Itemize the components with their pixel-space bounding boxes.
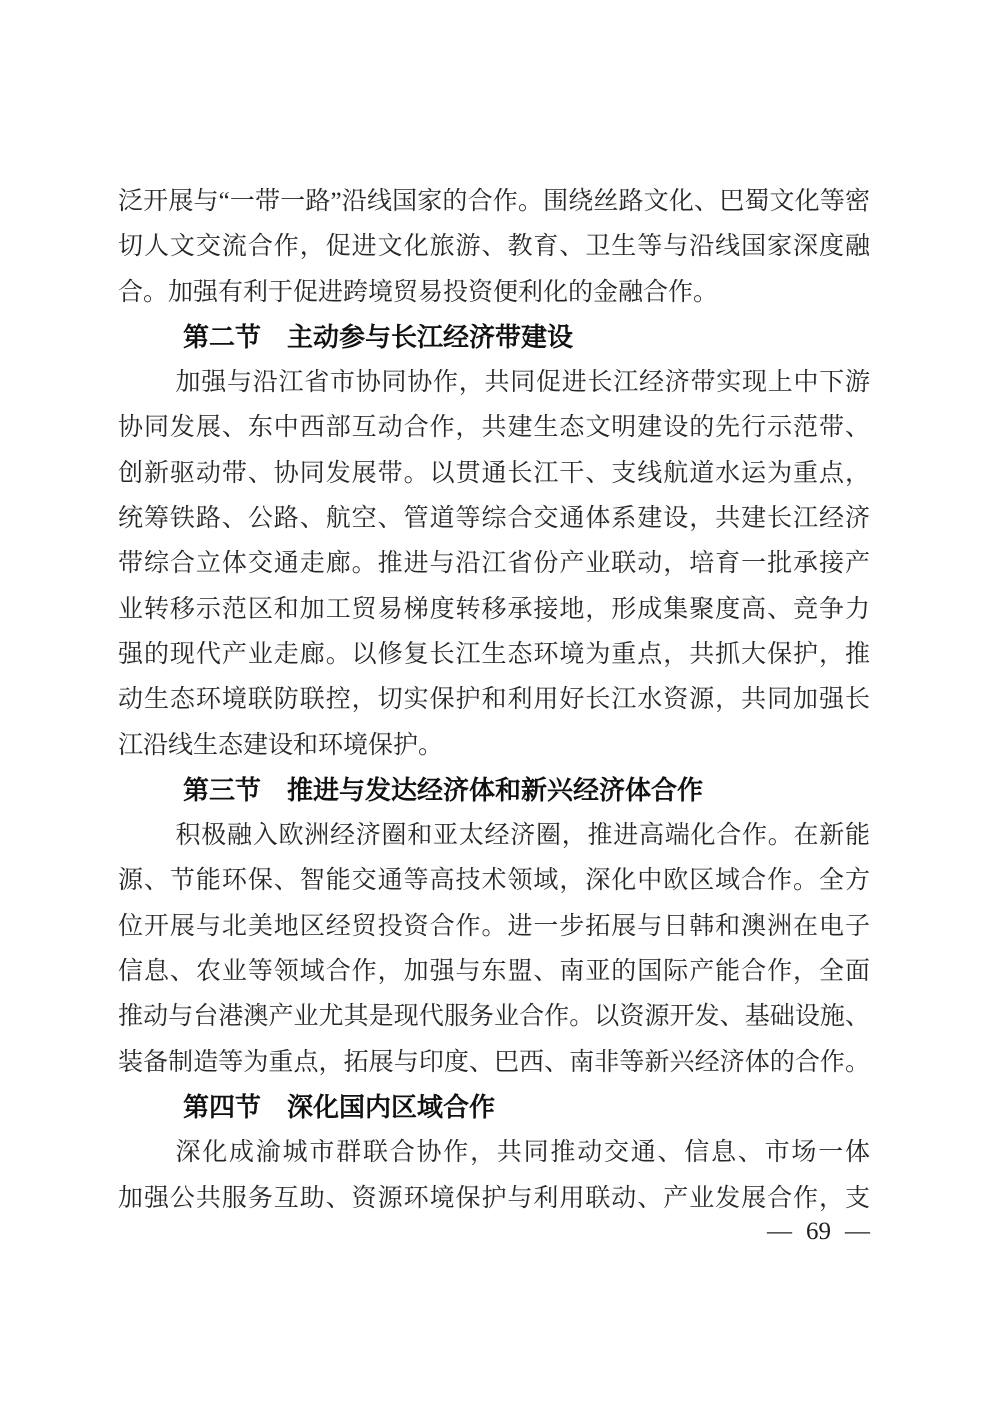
text-line: 装备制造等为重点，拓展与印度、巴西、南非等新兴经济体的合作。 <box>118 1040 870 1085</box>
page-footer: —69— <box>767 1216 870 1248</box>
text-line: 位开展与北美地区经贸投资合作。进一步拓展与日韩和澳洲在电子 <box>118 904 870 949</box>
section-heading: 第三节 推进与发达经济体和新兴经济体合作 <box>118 768 870 813</box>
page-number: 69 <box>806 1218 831 1245</box>
text-line: 深化成渝城市群联合协作，共同推动交通、信息、市场一体化， <box>118 1130 870 1175</box>
text-line: 江沿线生态建设和环境保护。 <box>118 723 870 768</box>
text-line: 协同发展、东中西部互动合作，共建生态文明建设的先行示范带、 <box>118 405 870 450</box>
text-line: 信息、农业等领域合作，加强与东盟、南亚的国际产能合作，全面 <box>118 949 870 994</box>
text-line: 带综合立体交通走廊。推进与沿江省份产业联动，培育一批承接产 <box>118 541 870 586</box>
footer-dash-left: — <box>767 1218 792 1245</box>
text-line: 统筹铁路、公路、航空、管道等综合交通体系建设，共建长江经济 <box>118 496 870 541</box>
text-line: 推动与台港澳产业尤其是现代服务业合作。以资源开发、基础设施、 <box>118 994 870 1039</box>
text-line: 加强公共服务互助、资源环境保护与利用联动、产业发展合作，支 <box>118 1176 870 1221</box>
text-line: 业转移示范区和加工贸易梯度转移承接地，形成集聚度高、竞争力 <box>118 587 870 632</box>
section-heading: 第四节 深化国内区域合作 <box>118 1085 870 1130</box>
text-line: 合。加强有利于促进跨境贸易投资便利化的金融合作。 <box>118 270 870 315</box>
text-line: 加强与沿江省市协同协作，共同促进长江经济带实现上中下游 <box>118 360 870 405</box>
document-page: 泛开展与“一带一路”沿线国家的合作。围绕丝路文化、巴蜀文化等密切人文交流合作，促… <box>0 0 992 1403</box>
section-heading: 第二节 主动参与长江经济带建设 <box>118 315 870 360</box>
text-line: 泛开展与“一带一路”沿线国家的合作。围绕丝路文化、巴蜀文化等密 <box>118 179 870 224</box>
text-line: 强的现代产业走廊。以修复长江生态环境为重点，共抓大保护，推 <box>118 632 870 677</box>
text-line: 切人文交流合作，促进文化旅游、教育、卫生等与沿线国家深度融 <box>118 224 870 269</box>
text-line: 创新驱动带、协同发展带。以贯通长江干、支线航道水运为重点， <box>118 451 870 496</box>
text-line: 动生态环境联防联控，切实保护和利用好长江水资源，共同加强长 <box>118 677 870 722</box>
text-block: 泛开展与“一带一路”沿线国家的合作。围绕丝路文化、巴蜀文化等密切人文交流合作，促… <box>118 179 870 1221</box>
text-line: 源、节能环保、智能交通等高技术领域，深化中欧区域合作。全方 <box>118 858 870 903</box>
footer-dash-right: — <box>845 1218 870 1245</box>
text-line: 积极融入欧洲经济圈和亚太经济圈，推进高端化合作。在新能 <box>118 813 870 858</box>
